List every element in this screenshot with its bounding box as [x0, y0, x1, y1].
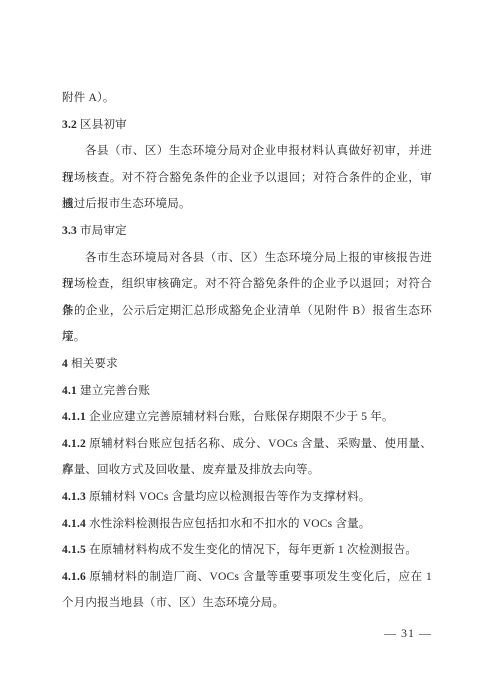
section-number: 4.1.5: [62, 544, 86, 556]
line-text: 相关要求: [68, 358, 118, 370]
line-text: 水性涂料检测报告应包括扣水和不扣水的 VOCs 含量。: [86, 518, 370, 530]
line-text: 市局审定: [77, 225, 127, 237]
line-text: 存量、回收方式及回收量、废弃量及排放去向等。: [62, 464, 319, 476]
section-number: 3.3: [62, 225, 77, 237]
doc-line: 个月内报当地县（市、区）生态环境分局。: [62, 590, 432, 617]
document-page: 附件 A）。 3.2 区县初审 各县（市、区）生态环境分局对企业申报材料认真做好…: [0, 0, 495, 699]
section-heading: 4.1 建立完善台账: [62, 378, 432, 405]
line-text: 在原辅材料构成不发生变化的情况下，每年更新 1 次检测报告。: [86, 544, 417, 556]
line-text: 原辅材料 VOCs 含量均应以检测报告等作为支撑材料。: [86, 491, 370, 503]
doc-line: 厅。: [62, 324, 432, 351]
section-number: 4.1.6: [62, 571, 86, 583]
doc-line: 现场核查。对不符合豁免条件的企业予以退回；对符合条件的企业，审核: [62, 165, 432, 192]
page-number: — 31 —: [384, 626, 432, 640]
line-text: 个月内报当地县（市、区）生态环境分局。: [62, 597, 284, 609]
doc-line: 附件 A）。: [62, 85, 432, 112]
section-number: 4.1.2: [62, 438, 86, 450]
section-number: 4.1.1: [62, 411, 86, 423]
line-text: 建立完善台账: [77, 385, 150, 397]
doc-line: 4.1.1 企业应建立完善原辅材料台账，台账保存期限不少于 5 年。: [62, 404, 432, 431]
section-heading: 3.3 市局审定: [62, 218, 432, 245]
doc-line: 各县（市、区）生态环境分局对企业申报材料认真做好初审，并进行: [62, 138, 432, 165]
line-text: 厅。: [62, 331, 85, 343]
section-number: 4.1.4: [62, 518, 86, 530]
line-text: 企业应建立完善原辅材料台账，台账保存期限不少于 5 年。: [86, 411, 394, 423]
line-text: 通过后报市生态环境局。: [62, 198, 191, 210]
section-heading: 3.2 区县初审: [62, 112, 432, 139]
doc-line: 4.1.6 原辅材料的制造厂商、VOCs 含量等重要事项发生变化后，应在 1: [62, 564, 432, 591]
section-number: 3.2: [62, 119, 77, 131]
doc-line: 件的企业，公示后定期汇总形成豁免企业清单（见附件 B）报省生态环境: [62, 298, 432, 325]
line-text: 附件 A）。: [62, 92, 115, 104]
document-body: 附件 A）。 3.2 区县初审 各县（市、区）生态环境分局对企业申报材料认真做好…: [62, 85, 432, 617]
section-number: 4.1.3: [62, 491, 86, 503]
section-number: 4.1: [62, 385, 77, 397]
line-text: 区县初审: [77, 119, 127, 131]
doc-line: 4.1.3 原辅材料 VOCs 含量均应以检测报告等作为支撑材料。: [62, 484, 432, 511]
doc-line: 存量、回收方式及回收量、废弃量及排放去向等。: [62, 457, 432, 484]
doc-line: 4.1.4 水性涂料检测报告应包括扣水和不扣水的 VOCs 含量。: [62, 511, 432, 538]
section-heading: 4 相关要求: [62, 351, 432, 378]
line-text: 原辅材料的制造厂商、VOCs 含量等重要事项发生变化后，应在 1: [86, 571, 432, 583]
doc-line: 4.1.5 在原辅材料构成不发生变化的情况下，每年更新 1 次检测报告。: [62, 537, 432, 564]
doc-line: 现场检查，组织审核确定。对不符合豁免条件的企业予以退回；对符合条: [62, 271, 432, 298]
doc-line: 各市生态环境局对各县（市、区）生态环境分局上报的审核报告进行: [62, 245, 432, 272]
doc-line: 通过后报市生态环境局。: [62, 191, 432, 218]
doc-line: 4.1.2 原辅材料台账应包括名称、成分、VOCs 含量、采购量、使用量、库: [62, 431, 432, 458]
